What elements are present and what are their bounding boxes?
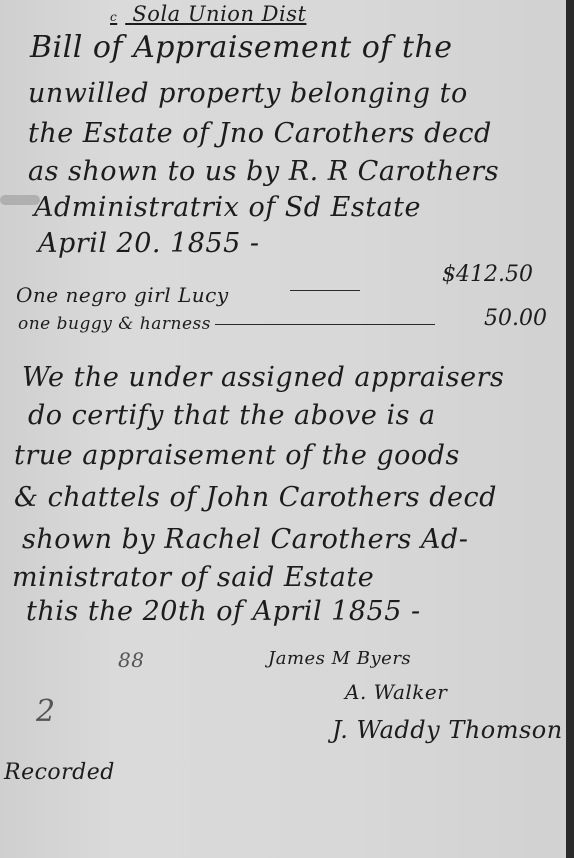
margin-number-88: 88	[118, 648, 144, 672]
header-mark: c	[110, 10, 117, 24]
heading-line-6: April 20. 1855 -	[38, 228, 259, 259]
cert-line-2: do certify that the above is a	[28, 400, 436, 431]
scan-edge	[566, 0, 574, 858]
document-page: c Sola Union Dist Bill of Appraisement o…	[0, 0, 574, 858]
item-1-description: One negro girl Lucy	[16, 283, 229, 307]
item-2-amount: 50.00	[484, 306, 547, 331]
item-1-rule	[290, 290, 360, 291]
signature-2: A. Walker	[345, 680, 447, 704]
item-2-description: one buggy & harness	[18, 314, 211, 334]
margin-number-2: 2	[36, 694, 56, 729]
heading-line-3: the Estate of Jno Carothers decd	[28, 118, 492, 149]
cert-line-3: true appraisement of the goods	[14, 440, 460, 471]
cert-line-6: ministrator of said Estate	[12, 562, 374, 593]
heading-line-2: unwilled property belonging to	[28, 78, 468, 109]
cert-line-5: shown by Rachel Carothers Ad-	[22, 524, 468, 555]
signature-3: J. Waddy Thomson	[332, 716, 563, 744]
recorded-note: Recorded	[4, 760, 115, 785]
header-note-text: Sola Union Dist	[132, 2, 306, 26]
cert-line-1: We the under assigned appraisers	[22, 362, 504, 393]
header-note: c Sola Union Dist	[110, 2, 306, 26]
heading-line-5: Administratrix of Sd Estate	[34, 192, 421, 223]
signature-1: James M Byers	[268, 648, 411, 669]
item-2-rule	[215, 324, 435, 325]
cert-line-7: this the 20th of April 1855 -	[26, 596, 421, 627]
cert-line-4: & chattels of John Carothers decd	[14, 482, 497, 513]
item-1-amount: $412.50	[442, 262, 533, 287]
heading-line-1: Bill of Appraisement of the	[30, 30, 453, 65]
heading-line-4: as shown to us by R. R Carothers	[28, 156, 499, 187]
